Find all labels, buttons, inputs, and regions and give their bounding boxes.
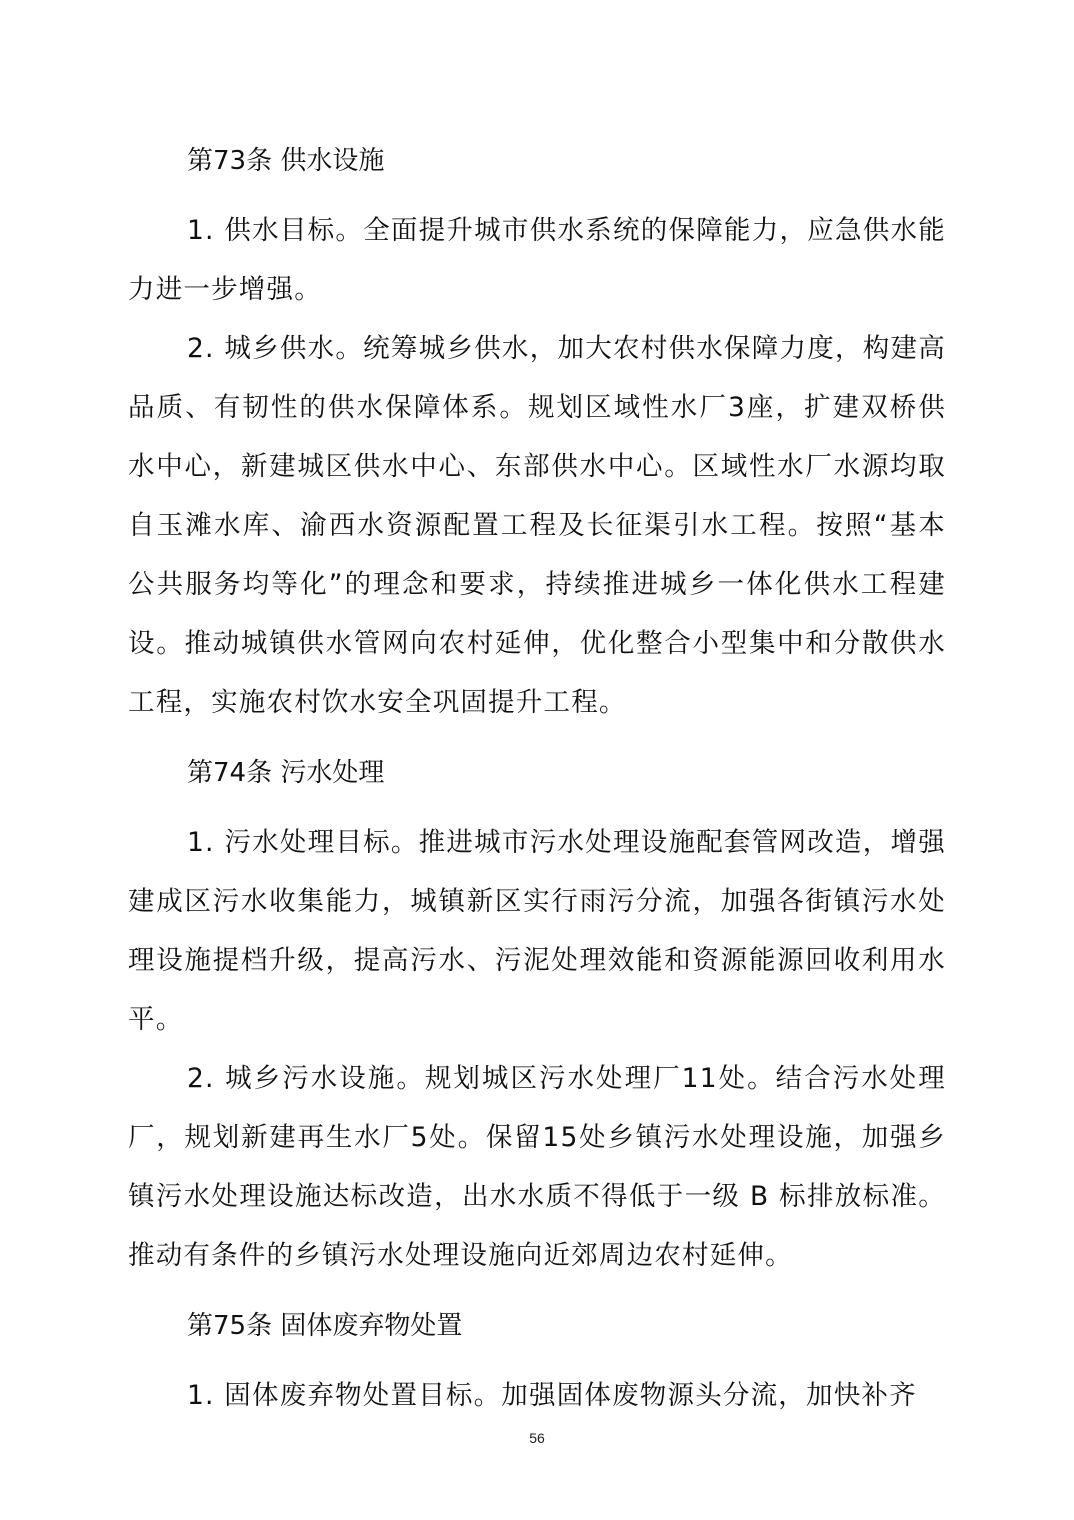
paragraph-74-2: 2. 城乡污水设施。规划城区污水处理厂11处。结合污水处理厂，规划新建再生水厂5… [128, 1049, 946, 1285]
section-heading-75: 第75条 固体废弃物处置 [128, 1297, 946, 1355]
paragraph-75-1: 1. 固体废弃物处置目标。加强固体废物源头分流，加快补齐 [128, 1366, 946, 1425]
section-heading-74: 第74条 污水处理 [128, 744, 946, 802]
paragraph-73-2: 2. 城乡供水。统筹城乡供水，加大农村供水保障力度，构建高品质、有韧性的供水保障… [128, 319, 946, 732]
section-heading-73: 第73条 供水设施 [128, 132, 946, 190]
page-number: 56 [0, 1430, 1074, 1446]
paragraph-74-1: 1. 污水处理目标。推进城市污水处理设施配套管网改造，增强建成区污水收集能力，城… [128, 813, 946, 1049]
paragraph-73-1: 1. 供水目标。全面提升城市供水系统的保障能力，应急供水能力进一步增强。 [128, 201, 946, 319]
document-page: 第73条 供水设施 1. 供水目标。全面提升城市供水系统的保障能力，应急供水能力… [128, 132, 946, 1425]
